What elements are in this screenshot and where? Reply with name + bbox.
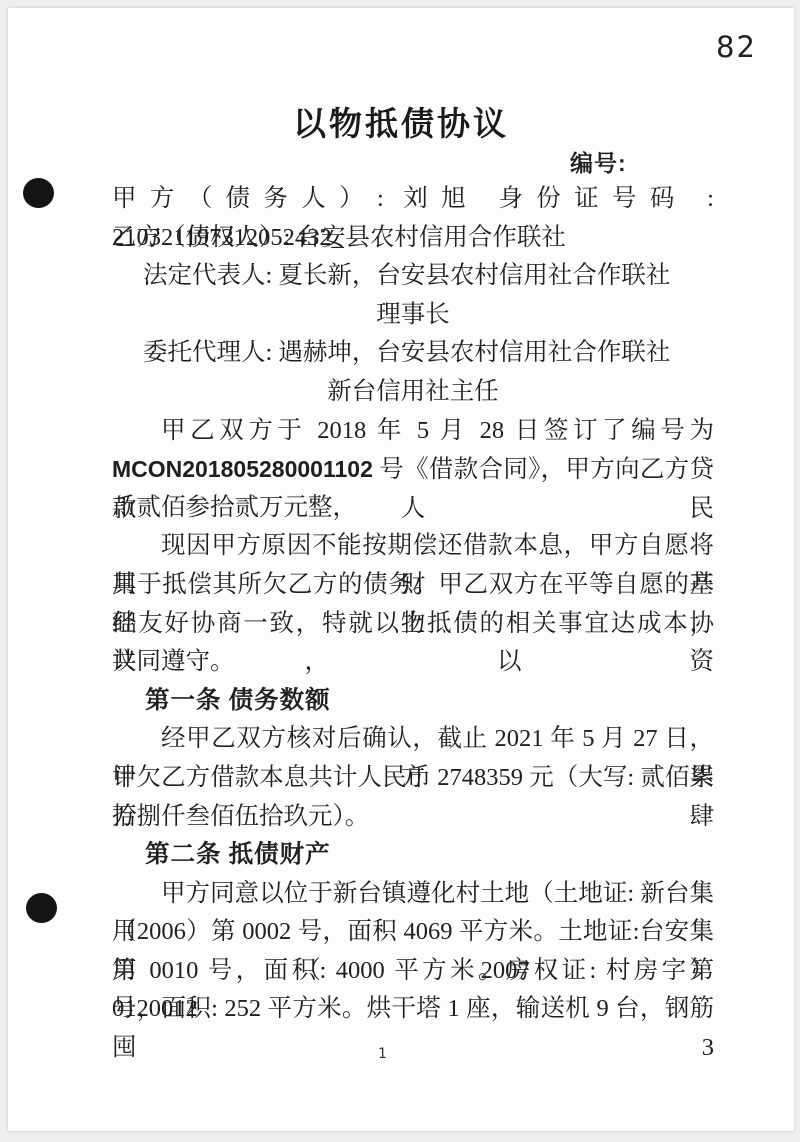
document-line: 第二条 抵债财产	[112, 836, 714, 875]
document-line: 乙方（债权人）: 台安县农村信用合作联社	[112, 219, 714, 258]
document-body: 甲方（债务人）: 刘旭 身份证号码 : 210321197312052432_乙…	[112, 180, 714, 1029]
document-line: 理事长	[112, 296, 714, 335]
hole-punch-dot-top	[23, 178, 54, 208]
document-line: 法定代表人: 夏长新，台安县农村信用社合作联社	[112, 257, 714, 296]
corner-page-number: 82	[716, 30, 757, 64]
document-title: 以物抵债协议	[8, 98, 794, 145]
document-line: 号，面积: 252 平方米。烘干塔 1 座，输送机 9 台，钢筋囤 3	[112, 990, 714, 1029]
document-line: 新台信用社主任	[112, 373, 714, 412]
document-line: 甲乙双方于 2018 年 5 月 28 日签订了编号为	[112, 412, 714, 451]
document-line: 第一条 债务数额	[112, 682, 714, 721]
document-line: 第 0010 号，面积: 4000 平方米。房权证: 村房字第 0120012	[112, 952, 714, 991]
document-line: 用于抵偿其所欠乙方的债务。甲乙双方在平等自愿的基础上，	[112, 566, 714, 605]
contract-number: MCON201805280001102	[112, 456, 373, 482]
document-line: MCON201805280001102 号《借款合同》，甲方向乙方贷款人民	[112, 450, 714, 489]
document-line: 委托代理人: 遇赫坤，台安县农村信用社合作联社	[112, 334, 714, 373]
document-line: 经友好协商一致，特就以物抵债的相关事宜达成本协议，以资	[112, 605, 714, 644]
document-page: 82 以物抵债协议 编号: 甲方（债务人）: 刘旭 身份证号码 : 210321…	[8, 8, 794, 1131]
document-line: 甲方同意以位于新台镇遵化村土地（土地证: 新台集用	[112, 875, 714, 914]
document-number-label: 编号:	[570, 145, 627, 178]
document-line: （2006）第 0002 号，面积 4069 平方米。土地证:台安集用（2007…	[112, 913, 714, 952]
document-line: 经甲乙双方核对后确认，截止 2021 年 5 月 27 日，甲方累	[112, 720, 714, 759]
hole-punch-dot-bottom	[26, 893, 57, 923]
document-line: 计欠乙方借款本息共计人民币 2748359 元（大写: 贰佰柒拾肆	[112, 759, 714, 798]
footer-page-number: 1	[378, 1046, 387, 1062]
document-line: 甲方（债务人）: 刘旭 身份证号码 : 210321197312052432_	[112, 180, 714, 219]
document-line: 现因甲方原因不能按期偿还借款本息，甲方自愿将其财产	[112, 527, 714, 566]
